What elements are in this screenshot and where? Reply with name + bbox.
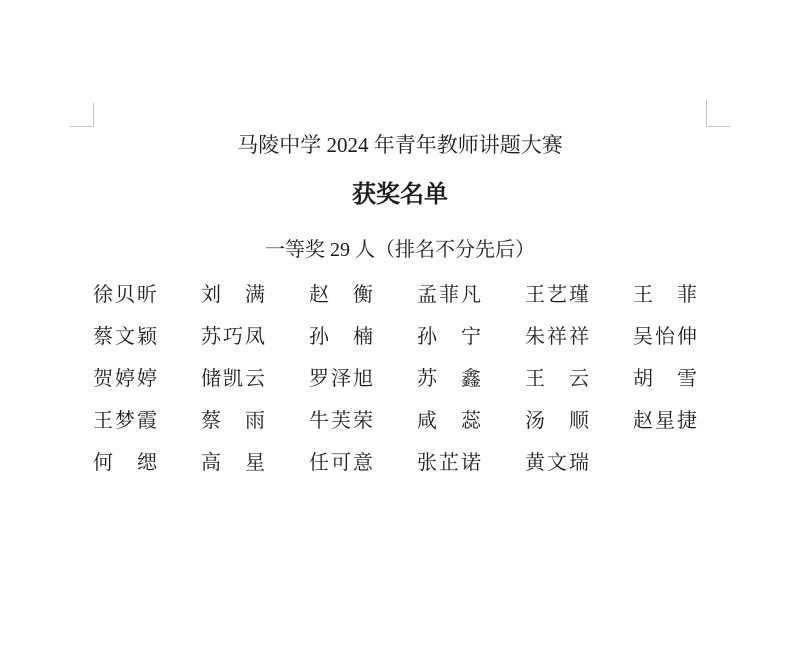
awardee-name: 苏鑫	[417, 369, 481, 389]
awardee-name: 苏巧凤	[201, 327, 265, 347]
awardee-name: 孙宁	[417, 327, 481, 347]
awardee-name: 孙楠	[309, 327, 373, 347]
awardee-name: 罗泽旭	[309, 369, 373, 389]
prize-tier-line: 一等奖 29 人（排名不分先后）	[0, 240, 800, 261]
awardee-name: 赵衡	[309, 285, 373, 305]
awardee-name: 储凯云	[201, 369, 265, 389]
awardee-name: 徐贝昕	[93, 285, 157, 305]
awardee-name: 蔡文颖	[93, 327, 157, 347]
awardee-name: 贺婷婷	[93, 369, 157, 389]
awardee-name: 孟菲凡	[417, 285, 481, 305]
awardee-name: 黄文瑞	[525, 453, 589, 473]
awardee-name: 蔡雨	[201, 411, 265, 431]
awardee-name: 张芷诺	[417, 453, 481, 473]
awardee-name: 胡雪	[633, 369, 697, 389]
document-title: 马陵中学 2024 年青年教师讲题大赛	[0, 134, 800, 156]
awardee-name: 赵星捷	[633, 411, 697, 431]
awardee-name: 刘满	[201, 285, 265, 305]
awardee-name: 吴怡伸	[633, 327, 697, 347]
awardee-name: 王菲	[633, 285, 697, 305]
document-content: 马陵中学 2024 年青年教师讲题大赛 获奖名单 一等奖 29 人（排名不分先后…	[0, 0, 800, 473]
awardee-name: 汤顺	[525, 411, 589, 431]
awardee-name: 何缌	[93, 453, 157, 473]
awardee-name: 牛芙荣	[309, 411, 373, 431]
awardee-name: 任可意	[309, 453, 373, 473]
document-page: 马陵中学 2024 年青年教师讲题大赛 获奖名单 一等奖 29 人（排名不分先后…	[0, 0, 800, 665]
awardee-name: 王云	[525, 369, 589, 389]
award-list-heading: 获奖名单	[0, 181, 800, 209]
awardee-grid: 徐贝昕 刘满 赵衡 孟菲凡 王艺瑾 王菲 蔡文颖 苏巧凤 孙楠 孙宁 朱祥祥 吴…	[93, 285, 697, 473]
awardee-name: 高星	[201, 453, 265, 473]
awardee-name: 咸蕊	[417, 411, 481, 431]
awardee-name: 王梦霞	[93, 411, 157, 431]
awardee-name: 王艺瑾	[525, 285, 589, 305]
awardee-name: 朱祥祥	[525, 327, 589, 347]
